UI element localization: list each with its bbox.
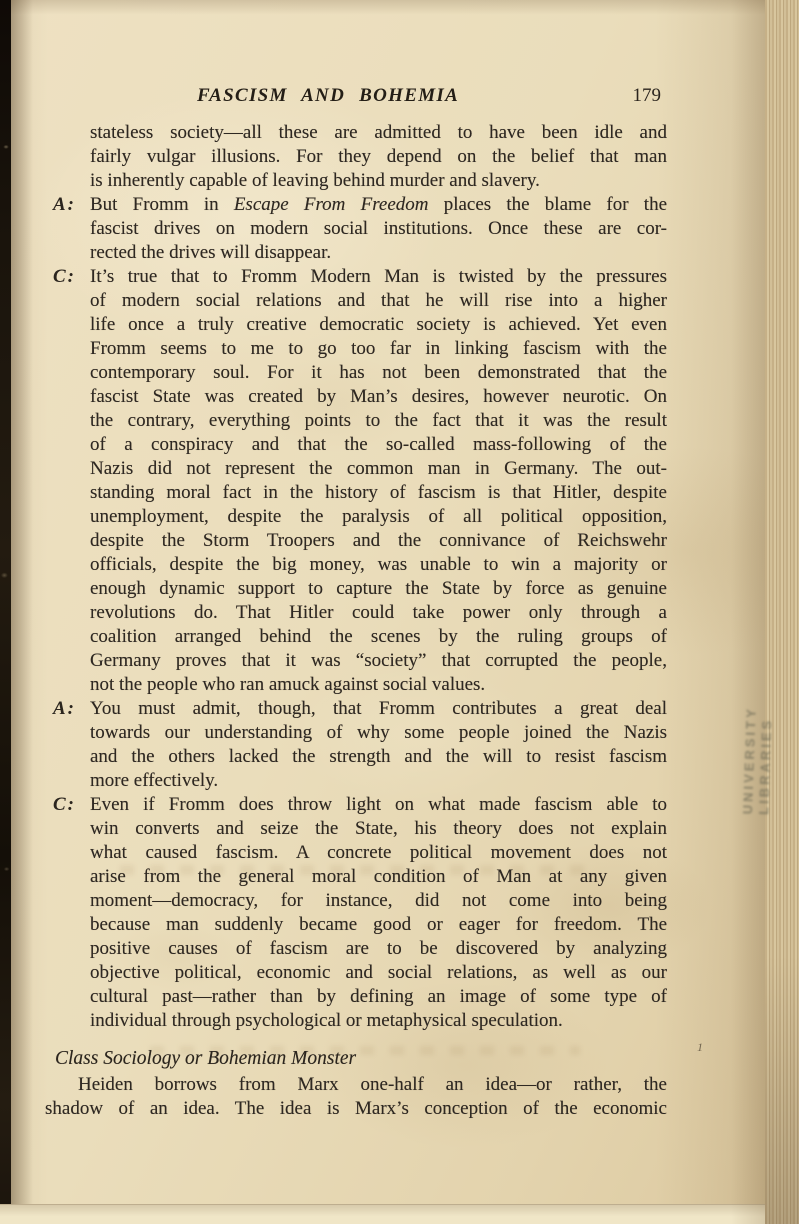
page-bottom-edge xyxy=(0,1204,799,1224)
text-line: win converts and seize the State, his th… xyxy=(90,817,667,841)
text-line: shadow of an idea. The idea is Marx’s co… xyxy=(45,1097,667,1121)
text-line: You must admit, though, that Fromm contr… xyxy=(90,697,667,721)
dialogue-entry: C:It’s true that to Fromm Modern Man is … xyxy=(45,265,667,697)
speaker-label: A: xyxy=(53,193,76,217)
text-line: what caused fascism. A concrete politica… xyxy=(90,841,667,865)
text-line: arise from the general moral condition o… xyxy=(90,865,667,889)
text-line: of modern social relations and that he w… xyxy=(90,289,667,313)
text-line: objective political, economic and social… xyxy=(90,961,667,985)
dialogue-entry: A:But Fromm in Escape From Freedom place… xyxy=(45,193,667,265)
text-line: Nazis did not represent the common man i… xyxy=(90,457,667,481)
page-number: 179 xyxy=(633,84,662,108)
text-line: towards our understanding of why some pe… xyxy=(90,721,667,745)
gutter-shadow xyxy=(11,0,33,1224)
text-line: life once a truly creative democratic so… xyxy=(90,313,667,337)
body-text: stateless society—all these are admitted… xyxy=(45,121,667,1121)
text-line: rected the drives will disappear. xyxy=(90,241,667,265)
text-line: revolutions do. That Hitler could take p… xyxy=(90,601,667,625)
text-line: fascist State was created by Man’s desir… xyxy=(90,385,667,409)
running-head-title: FASCISM AND BOHEMIA xyxy=(17,84,639,108)
text-line: more effectively. xyxy=(90,769,667,793)
text-line: Fromm seems to me to go too far in linki… xyxy=(90,337,667,361)
text-line: unemployment, despite the paralysis of a… xyxy=(90,505,667,529)
dialogue-entry: C:Even if Fromm does throw light on what… xyxy=(45,793,667,1033)
text-line: But Fromm in Escape From Freedom places … xyxy=(90,193,667,217)
running-head: FASCISM AND BOHEMIA 179 xyxy=(45,84,667,108)
text-line: fascist drives on modern social institut… xyxy=(90,217,667,241)
text-line: standing moral fact in the history of fa… xyxy=(90,481,667,505)
text-line: Heiden borrows from Marx one-half an ide… xyxy=(45,1073,667,1097)
text-line: Even if Fromm does throw light on what m… xyxy=(90,793,667,817)
text-line: officials, despite the big money, was un… xyxy=(90,553,667,577)
opening-paragraph: stateless society—all these are admitted… xyxy=(45,121,667,193)
text-line: is inherently capable of leaving behind … xyxy=(90,169,667,193)
text-line: positive causes of fascism are to be dis… xyxy=(90,937,667,961)
text-line: of a conspiracy and that the so-called m… xyxy=(90,433,667,457)
text-line: It’s true that to Fromm Modern Man is tw… xyxy=(90,265,667,289)
text-line: individual through psychological or meta… xyxy=(90,1009,667,1033)
section-heading: Class Sociology or Bohemian Monster xyxy=(55,1047,667,1071)
text-line: not the people who ran amuck against soc… xyxy=(90,673,667,697)
text-line: fairly vulgar illusions. For they depend… xyxy=(90,145,667,169)
text-line: despite the Storm Troopers and the conni… xyxy=(90,529,667,553)
speaker-label: A: xyxy=(53,697,76,721)
text-line: coalition arranged behind the scenes by … xyxy=(90,625,667,649)
book-page: UNIVERSITY LIBRARIES FASCISM AND BOHEMIA… xyxy=(0,0,799,1224)
text-line: cultural past—rather than by defining an… xyxy=(90,985,667,1009)
dialogue-entry: A:You must admit, though, that Fromm con… xyxy=(45,697,667,793)
speaker-label: C: xyxy=(53,793,76,817)
text-line: because man suddenly became good or eage… xyxy=(90,913,667,937)
text-line: and the others lacked the strength and t… xyxy=(90,745,667,769)
speaker-label: C: xyxy=(53,265,76,289)
stray-ink-mark: 1 xyxy=(697,1040,703,1055)
text-line: Germany proves that it was “society” tha… xyxy=(90,649,667,673)
text-line: the contrary, everything points to the f… xyxy=(90,409,667,433)
binding-edge xyxy=(0,0,11,1224)
closing-paragraph: Heiden borrows from Marx one-half an ide… xyxy=(45,1073,667,1121)
text-line: contemporary soul. For it has not been d… xyxy=(90,361,667,385)
text-line: stateless society—all these are admitted… xyxy=(90,121,667,145)
text-line: moment—democracy, for instance, did not … xyxy=(90,889,667,913)
text-line: enough dynamic support to capture the St… xyxy=(90,577,667,601)
